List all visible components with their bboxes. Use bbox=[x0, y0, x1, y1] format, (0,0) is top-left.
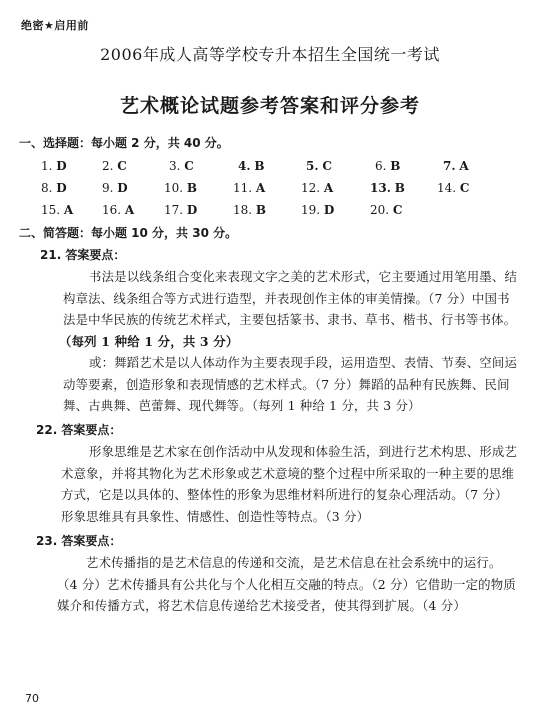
answer-choice: D bbox=[117, 181, 127, 195]
question-23-heading: 23. 答案要点： bbox=[36, 532, 121, 549]
answer-number: 7. bbox=[443, 159, 456, 173]
answer-number: 19. bbox=[301, 203, 320, 217]
answer-choice: D bbox=[56, 181, 66, 195]
q23-line: 媒介和传播方式，将艺术信息传递给艺术接受者，使其得到扩展。（4 分） bbox=[57, 595, 466, 617]
answer-item: 4. B bbox=[238, 159, 265, 173]
answer-choice: B bbox=[256, 203, 266, 217]
q22-line: 形象思维是艺术家在创作活动中从发现和体验生活，到进行艺术构思、形成艺 bbox=[89, 441, 517, 463]
q22-line: 形象思维具有具象性、情感性、创造性等特点。（3 分） bbox=[61, 506, 369, 528]
answer-number: 10. bbox=[164, 181, 183, 195]
answer-item: 1. D bbox=[41, 159, 67, 173]
answer-number: 14. bbox=[437, 181, 456, 195]
answer-number: 20. bbox=[370, 203, 389, 217]
answer-number: 12. bbox=[301, 181, 320, 195]
answer-number: 11. bbox=[233, 181, 252, 195]
answer-number: 1. bbox=[41, 159, 52, 173]
answer-choice: C bbox=[322, 159, 332, 173]
q23-line: （4 分）艺术传播具有公共化与个人化相互交融的特点。（2 分）它借助一定的物质 bbox=[57, 574, 516, 596]
document-subtitle: 艺术概论试题参考答案和评分参考 bbox=[0, 91, 540, 118]
answer-number: 5. bbox=[306, 159, 319, 173]
answer-number: 3. bbox=[169, 159, 180, 173]
answer-item: 11. A bbox=[233, 181, 265, 195]
answer-item: 8. D bbox=[41, 181, 67, 195]
answer-number: 2. bbox=[102, 159, 113, 173]
q21-line: 构章法、线条组合等方式进行造型，并表现创作主体的审美情操。（7 分）中国书 bbox=[63, 288, 510, 310]
q21-line: 动等要素，创造形象和表现情感的艺术样式。（7 分）舞蹈的品种有民族舞、民间 bbox=[63, 374, 510, 396]
answer-item: 19. D bbox=[301, 203, 334, 217]
q23-line: 艺术传播指的是艺术信息的传递和交流，是艺术信息在社会系统中的运行。 bbox=[86, 552, 502, 574]
answer-number: 18. bbox=[233, 203, 252, 217]
answer-choice: C bbox=[184, 159, 194, 173]
answer-number: 16. bbox=[102, 203, 121, 217]
answer-item: 5. C bbox=[306, 159, 332, 173]
section1-heading: 一、选择题：每小题 2 分，共 40 分。 bbox=[19, 134, 229, 151]
answer-choice: C bbox=[117, 159, 127, 173]
answer-number: 9. bbox=[102, 181, 113, 195]
answer-choice: D bbox=[56, 159, 66, 173]
answer-number: 15. bbox=[41, 203, 60, 217]
answer-choice: A bbox=[125, 203, 134, 217]
answer-item: 10. B bbox=[164, 181, 197, 195]
answer-item: 14. C bbox=[437, 181, 469, 195]
q21-line: 或：舞蹈艺术是以人体动作为主要表现手段，运用造型、表情、节奏、空间运 bbox=[89, 352, 517, 374]
answer-item: 7. A bbox=[443, 159, 469, 173]
answer-choice: C bbox=[393, 203, 403, 217]
answer-item: 6. B bbox=[375, 159, 400, 173]
q22-line: 术意象，并将其物化为艺术形象或艺术意境的整个过程中所采取的一种主要的思维 bbox=[61, 463, 514, 485]
answer-number: 17. bbox=[164, 203, 183, 217]
answer-item: 18. B bbox=[233, 203, 266, 217]
q21-line: 法是中华民族的传统艺术样式，主要包括篆书、隶书、草书、楷书、行书等书体。 bbox=[63, 309, 516, 331]
answer-item: 12. A bbox=[301, 181, 333, 195]
answer-choice: D bbox=[187, 203, 197, 217]
answer-choice: B bbox=[187, 181, 197, 195]
answer-choice: A bbox=[459, 159, 468, 173]
answer-choice: B bbox=[395, 181, 405, 195]
q21-line: 舞、古典舞、芭蕾舞、现代舞等。（每列 1 种给 1 分，共 3 分） bbox=[63, 395, 421, 417]
answer-number: 4. bbox=[238, 159, 251, 173]
answer-item: 20. C bbox=[370, 203, 402, 217]
answer-number: 13. bbox=[370, 181, 391, 195]
answer-item: 2. C bbox=[102, 159, 127, 173]
question-22-heading: 22. 答案要点： bbox=[36, 421, 121, 438]
q21-line: （每列 1 种给 1 分，共 3 分） bbox=[59, 331, 238, 353]
exam-title: 2006年成人高等学校专升本招生全国统一考试 bbox=[0, 42, 540, 65]
answer-choice: C bbox=[460, 181, 470, 195]
answer-item: 9. D bbox=[102, 181, 128, 195]
answer-choice: D bbox=[324, 203, 334, 217]
answer-item: 17. D bbox=[164, 203, 197, 217]
question-21-heading: 21. 答案要点： bbox=[40, 246, 125, 263]
answer-choice: A bbox=[256, 181, 265, 195]
answer-number: 8. bbox=[41, 181, 52, 195]
answer-choice: B bbox=[390, 159, 400, 173]
confidential-label: 绝密★启用前 bbox=[21, 17, 89, 33]
answer-choice: A bbox=[324, 181, 333, 195]
answer-item: 15. A bbox=[41, 203, 73, 217]
answer-choice: B bbox=[254, 159, 264, 173]
page-number: 70 bbox=[25, 692, 39, 705]
q22-line: 方式，它是以具体的、整体性的形象为思维材料所进行的复杂心理活动。（7 分） bbox=[61, 484, 508, 506]
answer-number: 6. bbox=[375, 159, 386, 173]
q21-line: 书法是以线条组合变化来表现文字之美的艺术形式，它主要通过用笔用墨、结 bbox=[89, 266, 517, 288]
answer-item: 16. A bbox=[102, 203, 134, 217]
answer-choice: A bbox=[64, 203, 73, 217]
section2-heading: 二、简答题：每小题 10 分，共 30 分。 bbox=[19, 224, 237, 241]
answer-item: 13. B bbox=[370, 181, 405, 195]
answer-item: 3. C bbox=[169, 159, 194, 173]
